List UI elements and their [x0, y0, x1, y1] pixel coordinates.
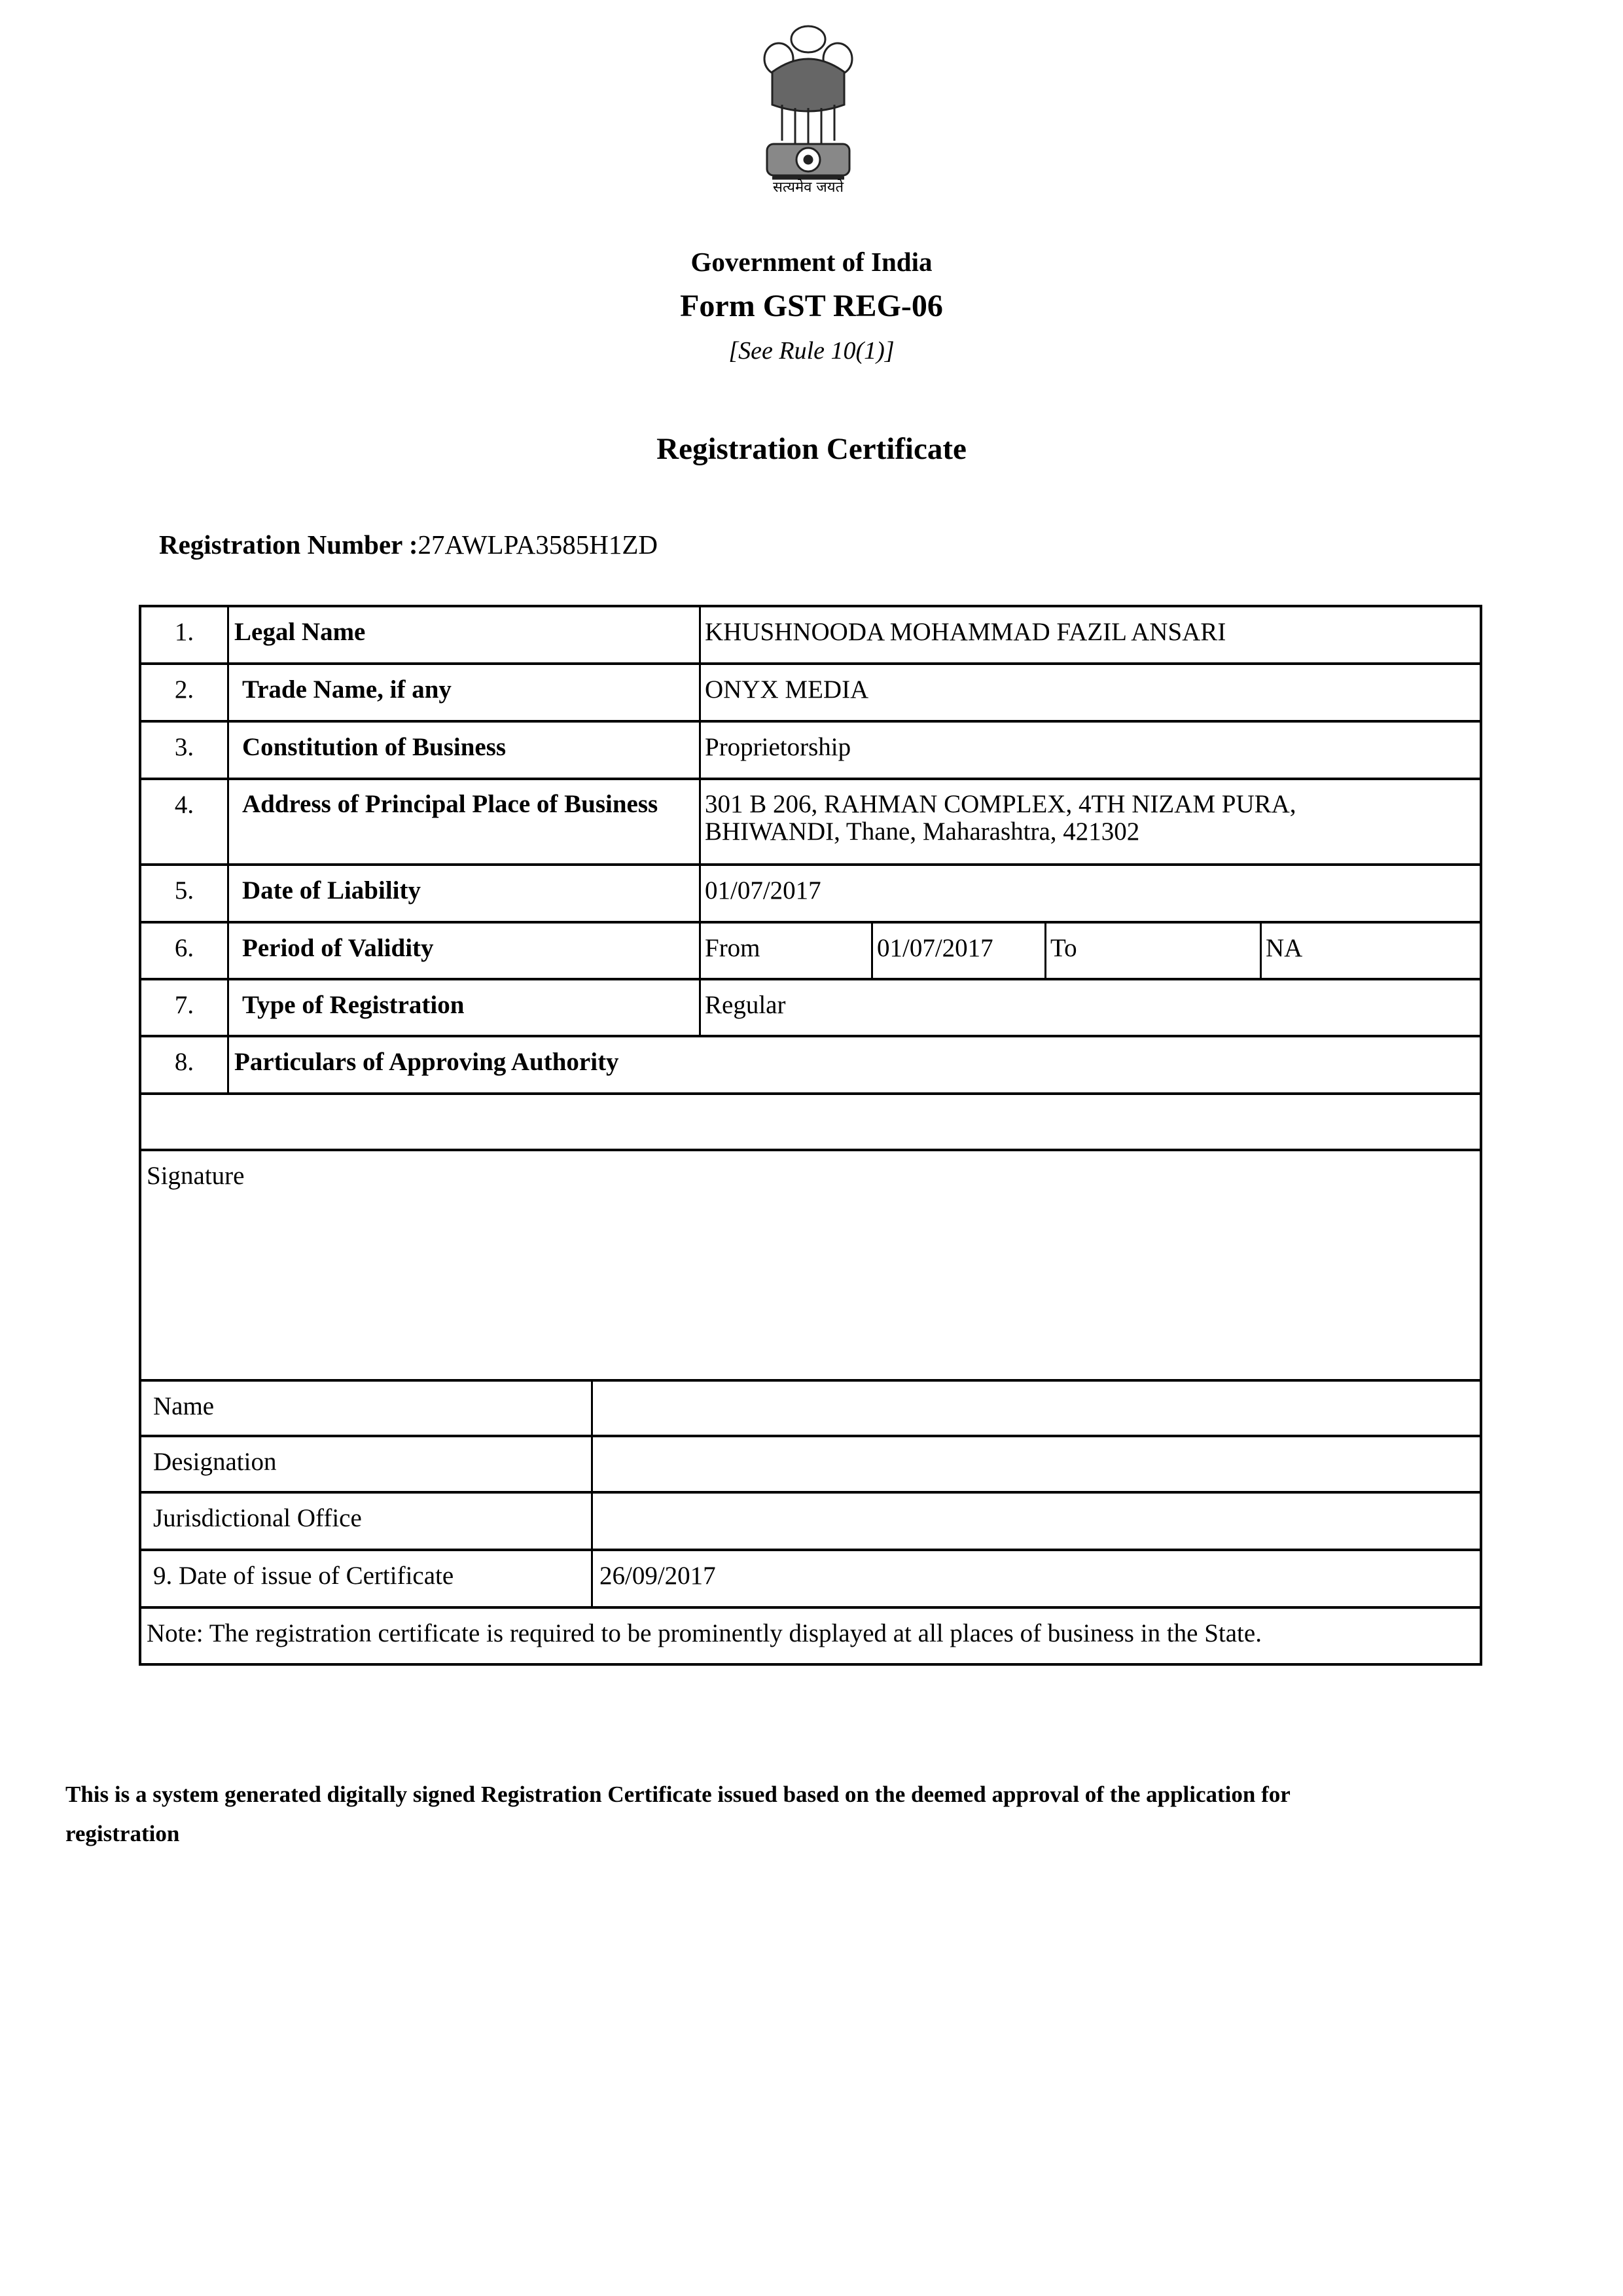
table-row: 3. Constitution of Business Proprietorsh… — [141, 723, 1480, 780]
address-value: 301 B 206, RAHMAN COMPLEX, 4TH NIZAM PUR… — [699, 780, 1480, 863]
table-row: Name — [141, 1382, 1480, 1437]
note-text: Note: The registration certificate is re… — [141, 1609, 1480, 1663]
validity-from-value: 01/07/2017 — [871, 924, 1044, 978]
certificate-table: 1. Legal Name KHUSHNOODA MOHAMMAD FAZIL … — [139, 605, 1482, 1666]
note-row: Note: The registration certificate is re… — [141, 1609, 1480, 1663]
constitution-value: Proprietorship — [699, 723, 1480, 778]
signature-box: Signature — [141, 1151, 1480, 1382]
name-label: Name — [141, 1382, 591, 1435]
designation-value — [591, 1437, 1480, 1491]
address-line-1: 301 B 206, RAHMAN COMPLEX, 4TH NIZAM PUR… — [705, 791, 1480, 818]
registration-number-label: Registration Number : — [159, 529, 418, 560]
signature-label: Signature — [141, 1151, 1480, 1379]
row-label: Date of Liability — [227, 866, 699, 921]
row-number: 7. — [141, 980, 227, 1035]
footer-line-1: This is a system generated digitally sig… — [65, 1775, 1505, 1814]
system-generated-notice: This is a system generated digitally sig… — [65, 1775, 1505, 1854]
motto-text: सत्यमेव जयते — [746, 177, 870, 196]
table-row: Jurisdictional Office — [141, 1494, 1480, 1551]
row-number: 1. — [141, 607, 227, 662]
designation-label: Designation — [141, 1437, 591, 1491]
issue-date-label: 9. Date of issue of Certificate — [141, 1551, 591, 1606]
row-label: Legal Name — [227, 607, 699, 662]
table-row: 2. Trade Name, if any ONYX MEDIA — [141, 665, 1480, 723]
row-label: Constitution of Business — [227, 723, 699, 778]
address-line-2: BHIWANDI, Thane, Maharashtra, 421302 — [705, 818, 1480, 846]
table-row: 1. Legal Name KHUSHNOODA MOHAMMAD FAZIL … — [141, 607, 1480, 665]
table-row: 8. Particulars of Approving Authority — [141, 1037, 1480, 1095]
state-emblem-icon: सत्यमेव जयते — [753, 20, 864, 203]
row-number: 4. — [141, 780, 227, 863]
jurisdictional-office-label: Jurisdictional Office — [141, 1494, 591, 1549]
registration-type-value: Regular — [699, 980, 1480, 1035]
footer-line-2: registration — [65, 1814, 1505, 1854]
liability-date-value: 01/07/2017 — [699, 866, 1480, 921]
table-row: 5. Date of Liability 01/07/2017 — [141, 866, 1480, 924]
name-value — [591, 1382, 1480, 1435]
validity-to-value: NA — [1260, 924, 1480, 978]
validity-from-label: From — [699, 924, 871, 978]
table-row: 4. Address of Principal Place of Busines… — [141, 780, 1480, 866]
row-number: 8. — [141, 1037, 227, 1092]
row-number: 5. — [141, 866, 227, 921]
certificate-title: Registration Certificate — [0, 431, 1623, 467]
validity-to-label: To — [1044, 924, 1260, 978]
row-label: Trade Name, if any — [227, 665, 699, 720]
form-title: Form GST REG-06 — [0, 288, 1623, 324]
jurisdictional-office-value — [591, 1494, 1480, 1549]
row-label: Period of Validity — [227, 924, 699, 978]
row-number: 3. — [141, 723, 227, 778]
row-number: 6. — [141, 924, 227, 978]
table-row: 6. Period of Validity From 01/07/2017 To… — [141, 924, 1480, 980]
row-label: Particulars of Approving Authority — [227, 1037, 1480, 1092]
registration-number-value: 27AWLPA3585H1ZD — [418, 529, 658, 560]
row-label: Address of Principal Place of Business — [227, 780, 699, 863]
trade-name-value: ONYX MEDIA — [699, 665, 1480, 720]
table-row: Designation — [141, 1437, 1480, 1494]
table-row: 7. Type of Registration Regular — [141, 980, 1480, 1037]
issue-date-value: 26/09/2017 — [591, 1551, 1480, 1606]
government-heading: Government of India — [0, 246, 1623, 278]
rule-reference: [See Rule 10(1)] — [0, 336, 1623, 365]
table-row: 9. Date of issue of Certificate 26/09/20… — [141, 1551, 1480, 1609]
legal-name-value: KHUSHNOODA MOHAMMAD FAZIL ANSARI — [699, 607, 1480, 662]
row-label: Type of Registration — [227, 980, 699, 1035]
row-number: 2. — [141, 665, 227, 720]
registration-number: Registration Number :27AWLPA3585H1ZD — [159, 529, 658, 560]
empty-row — [141, 1095, 1480, 1151]
